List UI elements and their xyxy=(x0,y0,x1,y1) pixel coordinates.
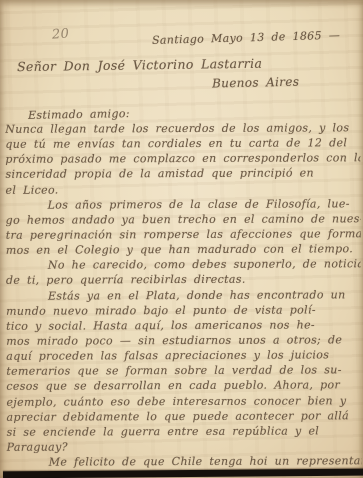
letter-line: el Liceo. xyxy=(6,181,361,198)
letter-line: aquí proceden las falsas apreciaciones y… xyxy=(6,347,361,364)
letter-line: apreciar debidamente lo que puede aconte… xyxy=(6,408,361,425)
letter-line: temerarios que se forman sobre la verdad… xyxy=(6,362,361,379)
letter-line: ejemplo, cuánto eso debe interesarnos co… xyxy=(6,393,361,410)
letter-line: Los años primeros de la clase de Filosof… xyxy=(6,196,361,213)
letter-line: sinceridad propia de la amistad que prin… xyxy=(5,166,360,183)
scan-edge-band xyxy=(3,469,363,478)
letter-line: mos en el Colegio y que han madurado con… xyxy=(6,241,361,258)
letter-page: 20 Santiago Mayo 13 de 1865 — Señor Don … xyxy=(0,0,363,478)
salutation: Estimado amigo: xyxy=(28,107,130,122)
letter-line: tico y social. Hasta aquí, los americano… xyxy=(6,317,361,334)
letter-line: mos mirado poco — sin estudiarnos unos a… xyxy=(6,332,361,349)
letter-line: Paraguay? xyxy=(7,438,362,455)
letter-body: Nunca llegan tarde los recuerdos de los … xyxy=(5,120,362,470)
letter-line: próximo pasado me complazco en correspon… xyxy=(5,151,360,168)
letter-line: Estás ya en el Plata, donde has encontra… xyxy=(6,287,361,304)
recipient-city: Buenos Aires xyxy=(212,74,352,91)
archival-page-number: 20 xyxy=(51,26,69,42)
dateline: Santiago Mayo 13 de 1865 — xyxy=(152,28,362,47)
letter-line: si se enciende la guerra entre esa repúb… xyxy=(7,423,362,440)
letter-line: No he carecido, como debes suponerlo, de… xyxy=(6,256,361,273)
letter-line: tra peregrinación sin romperse las afecc… xyxy=(6,226,361,243)
letter-line: que tú me envías tan cordiales en tu car… xyxy=(5,135,360,152)
letter-line: go hemos andado ya buen trecho en el cam… xyxy=(6,211,361,228)
recipient-name: Señor Don José Victorino Lastarria xyxy=(17,55,317,74)
letter-line: Nunca llegan tarde los recuerdos de los … xyxy=(5,120,360,137)
letter-line: cesos que se desarrollan en cada pueblo.… xyxy=(6,378,361,395)
letter-line: de ti, pero querría recibirlas directas. xyxy=(6,272,361,289)
letter-line: Me felicito de que Chile tenga hoi un re… xyxy=(7,453,362,470)
letter-line: mundo nuevo mirado bajo el punto de vist… xyxy=(6,302,361,319)
